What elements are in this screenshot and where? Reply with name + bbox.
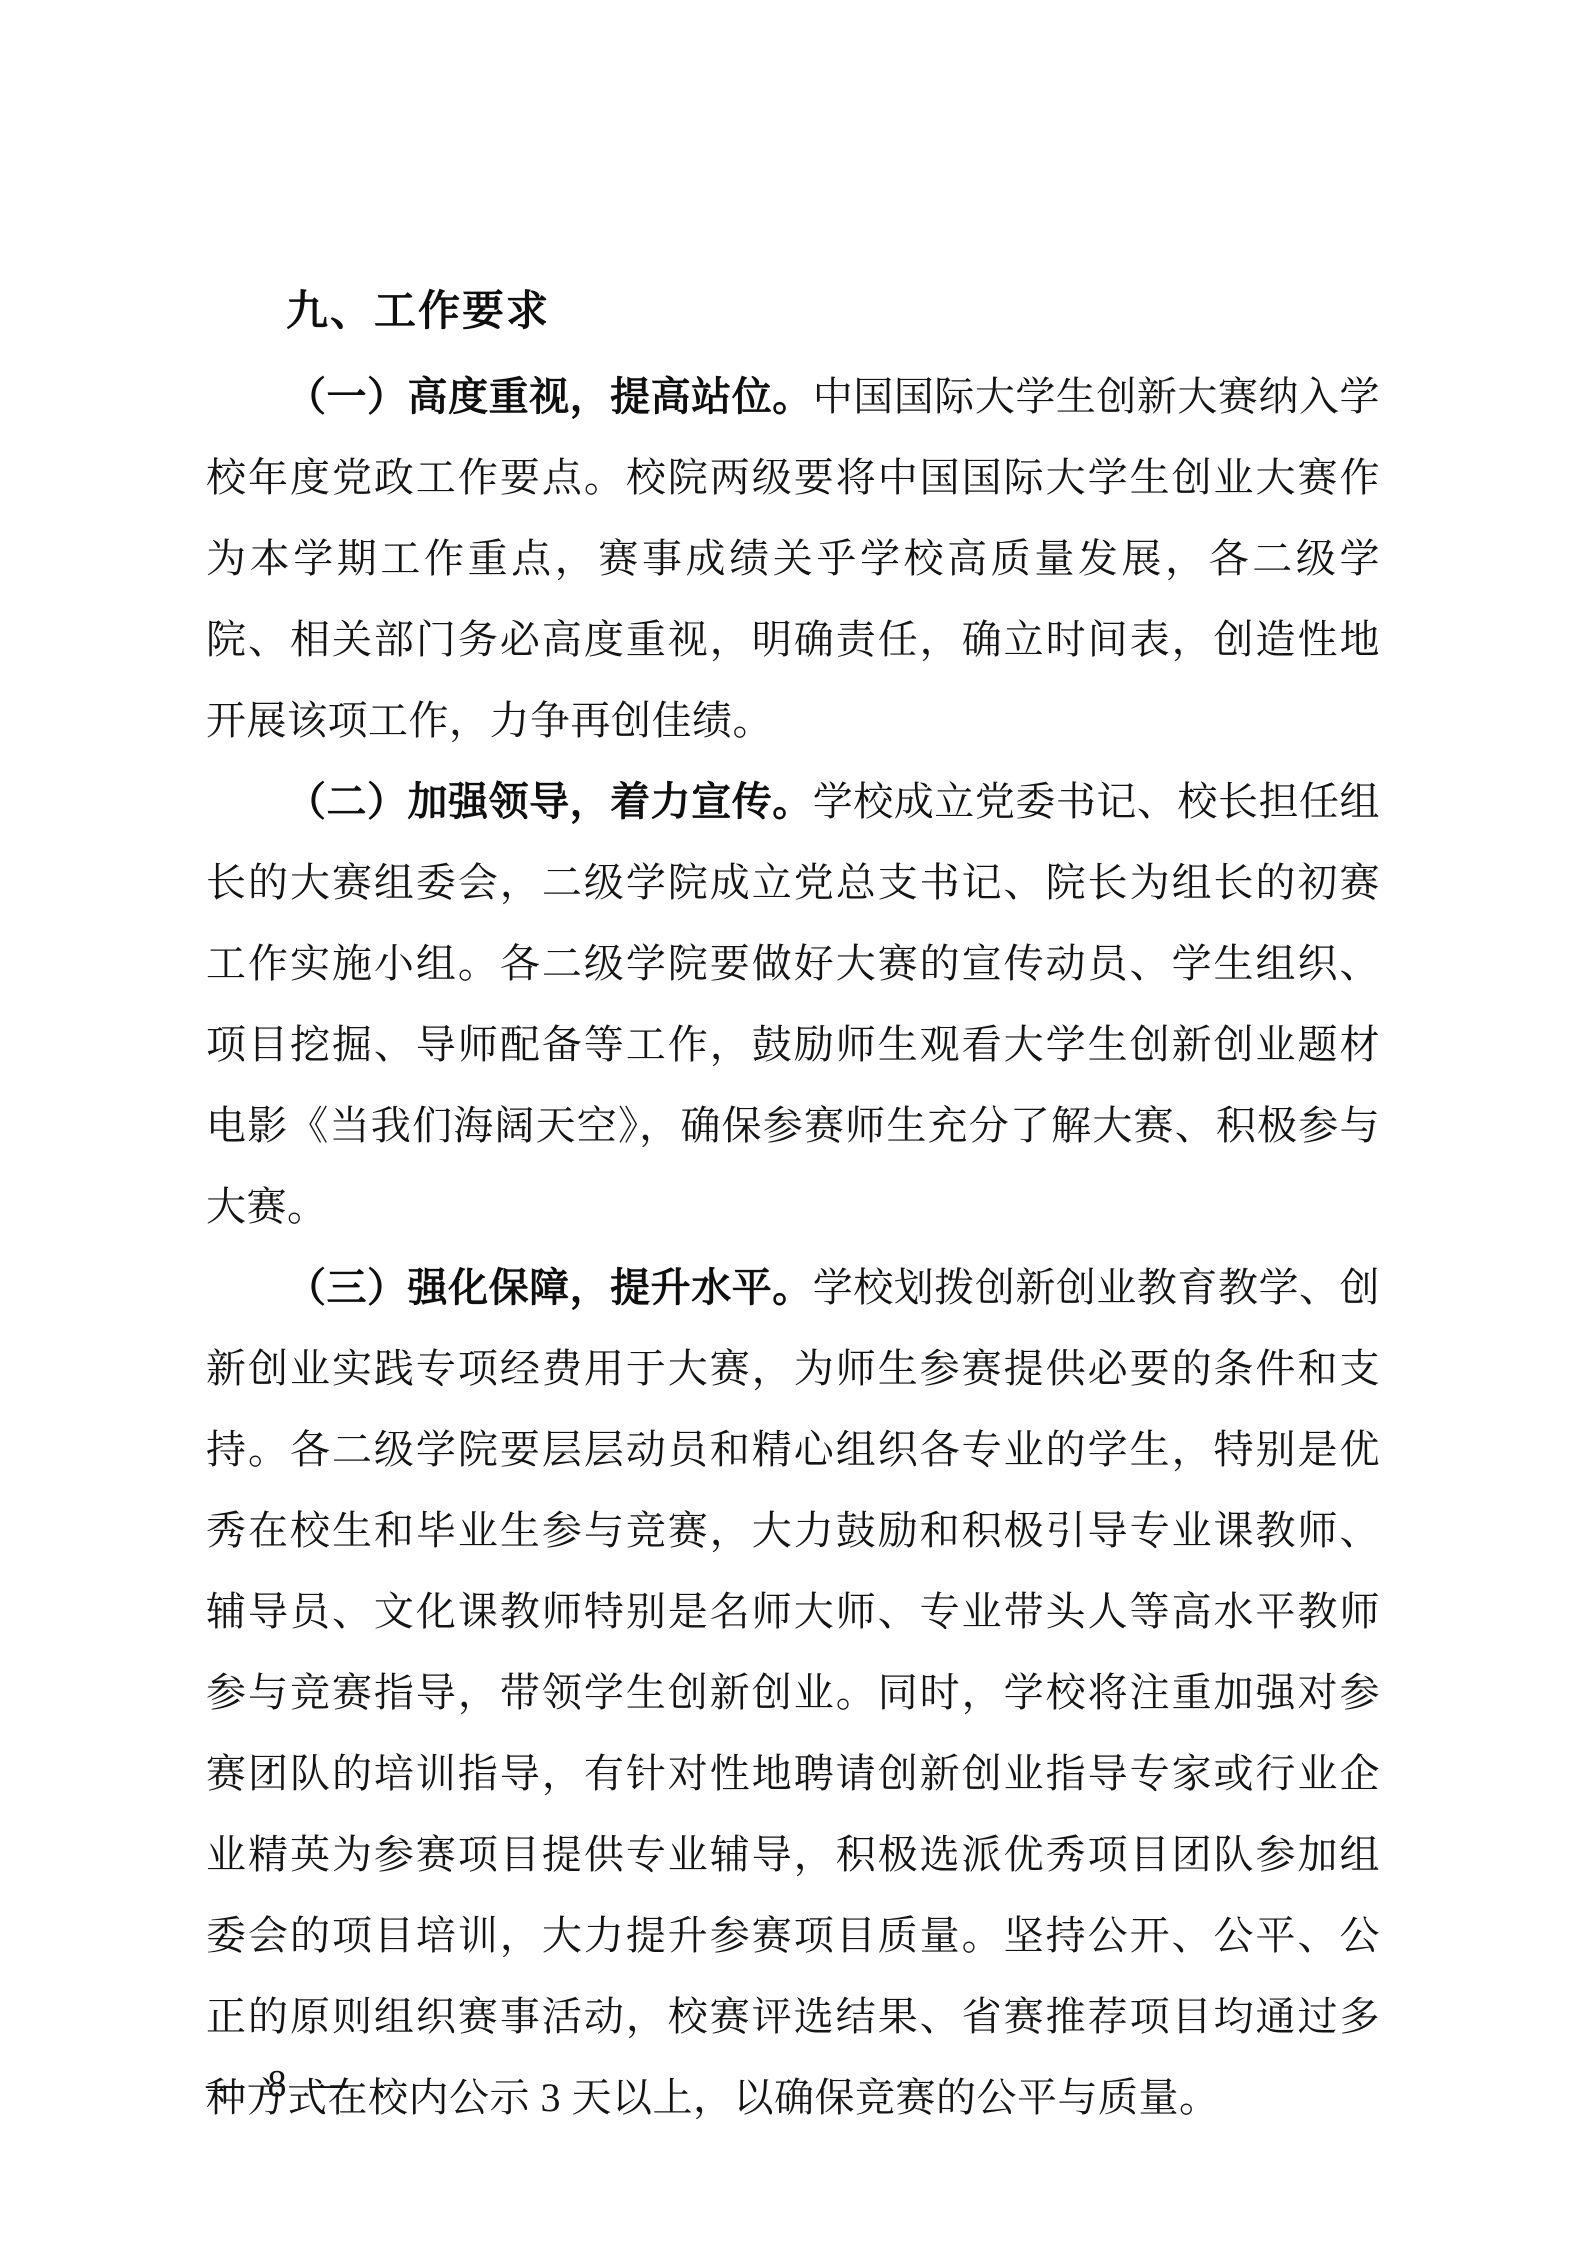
paragraph-1-text: 中国国际大学生创新大赛纳入学校年度党政工作要点。校院两级要将中国国际大学生创业大…	[206, 374, 1380, 743]
paragraph-1-lead: （一）高度重视，提高站位。	[286, 374, 813, 419]
paragraph-2-lead: （二）加强领导，着力宣传。	[286, 779, 813, 824]
paragraph-2-text: 学校成立党委书记、校长担任组长的大赛组委会，二级学院成立党总支书记、院长为组长的…	[206, 779, 1380, 1229]
document-content: 九、工作要求 （一）高度重视，提高站位。中国国际大学生创新大赛纳入学校年度党政工…	[206, 0, 1380, 2138]
paragraph-3-text: 学校划拨创新创业教育教学、创新创业实践专项经费用于大赛，为师生参赛提供必要的条件…	[206, 1265, 1380, 2120]
section-heading: 九、工作要求	[206, 0, 1380, 334]
paragraph-2: （二）加强领导，着力宣传。学校成立党委书记、校长担任组长的大赛组委会，二级学院成…	[206, 761, 1380, 1247]
paragraph-3-lead: （三）强化保障，提升水平。	[286, 1265, 813, 1310]
document-page: 九、工作要求 （一）高度重视，提高站位。中国国际大学生创新大赛纳入学校年度党政工…	[0, 0, 1587, 2245]
page-number: — 8 —	[206, 2062, 348, 2106]
paragraph-3: （三）强化保障，提升水平。学校划拨创新创业教育教学、创新创业实践专项经费用于大赛…	[206, 1247, 1380, 2138]
paragraph-1: （一）高度重视，提高站位。中国国际大学生创新大赛纳入学校年度党政工作要点。校院两…	[206, 356, 1380, 761]
